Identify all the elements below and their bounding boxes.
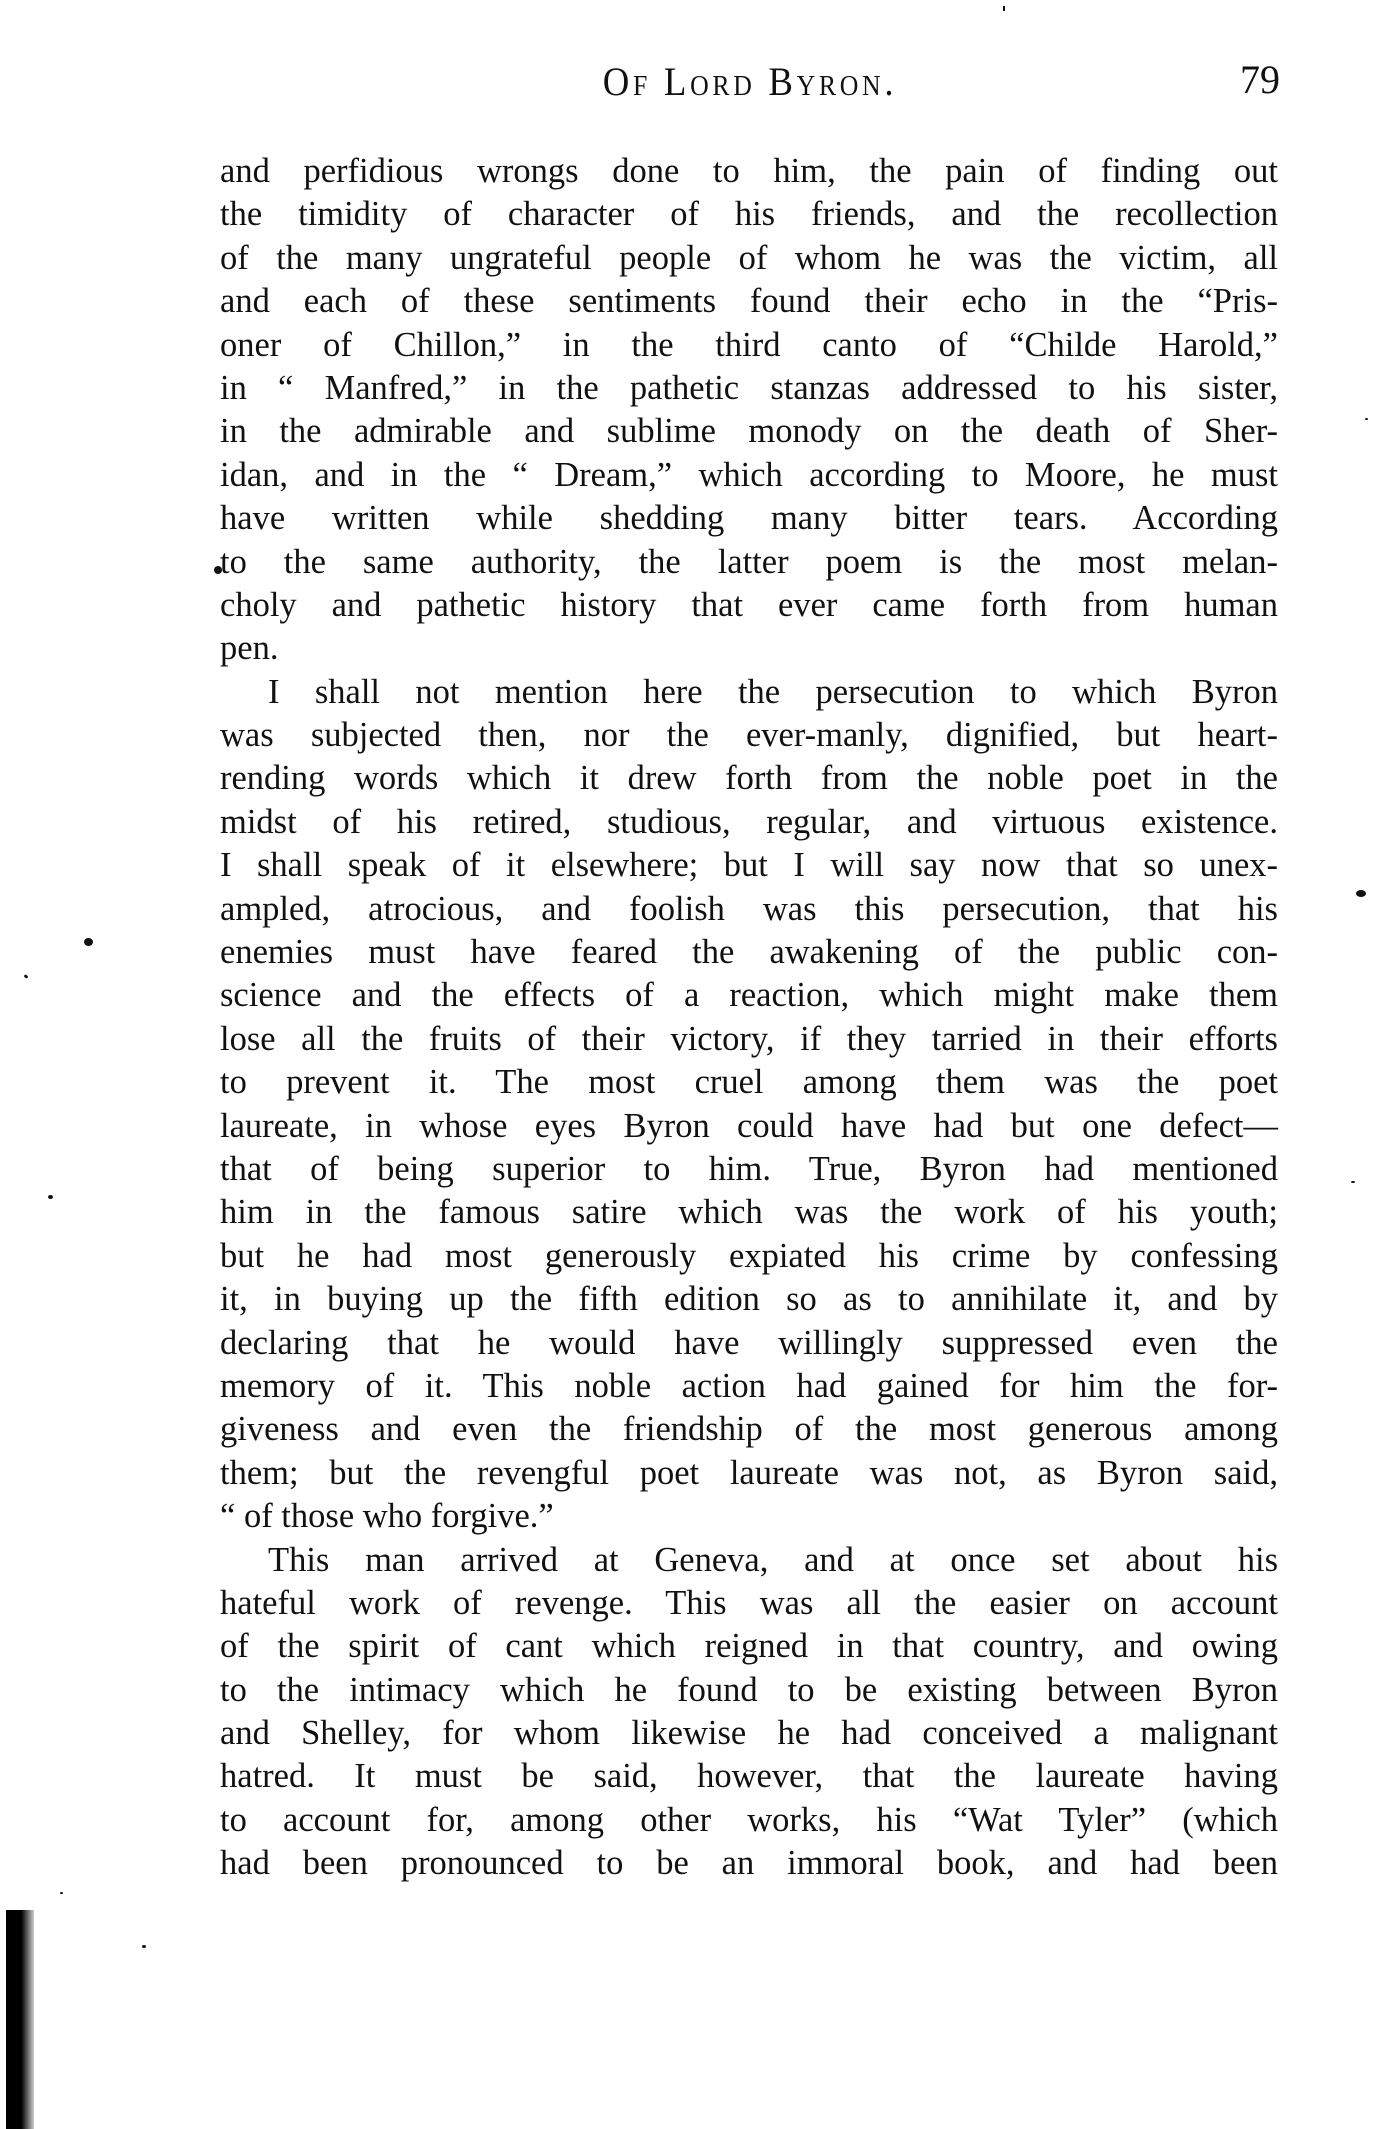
text-line: I shall not mention here the persecution… xyxy=(220,671,1278,714)
binding-edge-shadow xyxy=(6,1910,34,2129)
text-line: oner of Chillon,” in the third canto of … xyxy=(220,324,1278,367)
text-line: and Shelley, for whom likewise he had co… xyxy=(220,1712,1278,1755)
scan-speck xyxy=(48,1195,53,1199)
text-line: lose all the fruits of their victory, if… xyxy=(220,1018,1278,1061)
text-line: of the spirit of cant which reigned in t… xyxy=(220,1625,1278,1668)
text-line: laureate, in whose eyes Byron could have… xyxy=(220,1105,1278,1148)
text-line: midst of his retired, studious, regular,… xyxy=(220,801,1278,844)
text-line: hateful work of revenge. This was all th… xyxy=(220,1582,1278,1625)
text-line: to prevent it. The most cruel among them… xyxy=(220,1061,1278,1104)
text-line: choly and pathetic history that ever cam… xyxy=(220,584,1278,627)
text-line: in the admirable and sublime monody on t… xyxy=(220,410,1278,453)
text-line: in “ Manfred,” in the pathetic stanzas a… xyxy=(220,367,1278,410)
text-line: to account for, among other works, his “… xyxy=(220,1799,1278,1842)
book-page: Of Lord Byron. 79 and perfidious wrongs … xyxy=(0,0,1384,2129)
text-line: enemies must have feared the awakening o… xyxy=(220,931,1278,974)
scan-speck xyxy=(1365,418,1368,420)
text-line: science and the effects of a reaction, w… xyxy=(220,974,1278,1017)
text-line: have written while shedding many bitter … xyxy=(220,497,1278,540)
text-line: of the many ungrateful people of whom he… xyxy=(220,237,1278,280)
text-line: I shall speak of it elsewhere; but I wil… xyxy=(220,844,1278,887)
paragraph-2: I shall not mention here the persecution… xyxy=(220,671,1278,1539)
paragraph-1: and perfidious wrongs done to him, the p… xyxy=(220,150,1278,671)
scan-speck xyxy=(84,938,93,946)
text-line: declaring that he would have willingly s… xyxy=(220,1322,1278,1365)
text-line: the timidity of character of his friends… xyxy=(220,193,1278,236)
text-line: This man arrived at Geneva, and at once … xyxy=(220,1539,1278,1582)
text-line: “ of those who forgive.” xyxy=(220,1495,1278,1538)
scan-speck xyxy=(60,1892,63,1894)
scan-speck xyxy=(1003,6,1005,11)
text-line: and each of these sentiments found their… xyxy=(220,280,1278,323)
text-line: it, in buying up the fifth edition so as… xyxy=(220,1278,1278,1321)
text-line: that of being superior to him. True, Byr… xyxy=(220,1148,1278,1191)
text-line: to the intimacy which he found to be exi… xyxy=(220,1669,1278,1712)
scan-speck xyxy=(142,1945,146,1948)
scan-speck xyxy=(1356,890,1366,897)
text-line: had been pronounced to be an immoral boo… xyxy=(220,1842,1278,1885)
text-line: memory of it. This noble action had gain… xyxy=(220,1365,1278,1408)
text-line: idan, and in the “ Dream,” which accordi… xyxy=(220,454,1278,497)
text-line: ampled, atrocious, and foolish was this … xyxy=(220,888,1278,931)
body-text: and perfidious wrongs done to him, the p… xyxy=(220,150,1278,1886)
scan-speck xyxy=(214,566,222,574)
text-line: giveness and even the friendship of the … xyxy=(220,1408,1278,1451)
text-line: and perfidious wrongs done to him, the p… xyxy=(220,150,1278,193)
text-line: rending words which it drew forth from t… xyxy=(220,757,1278,800)
scan-speck xyxy=(24,974,29,979)
running-head: Of Lord Byron. xyxy=(557,58,943,106)
page-number: 79 xyxy=(1234,56,1280,104)
text-line: him in the famous satire which was the w… xyxy=(220,1191,1278,1234)
text-line: but he had most generously expiated his … xyxy=(220,1235,1278,1278)
scan-speck xyxy=(1351,1181,1355,1183)
text-line: was subjected then, nor the ever-manly, … xyxy=(220,714,1278,757)
text-line: pen. xyxy=(220,627,1278,670)
paragraph-3: This man arrived at Geneva, and at once … xyxy=(220,1539,1278,1886)
text-line: to the same authority, the latter poem i… xyxy=(220,541,1278,584)
text-line: them; but the revengful poet laureate wa… xyxy=(220,1452,1278,1495)
text-line: hatred. It must be said, however, that t… xyxy=(220,1755,1278,1798)
